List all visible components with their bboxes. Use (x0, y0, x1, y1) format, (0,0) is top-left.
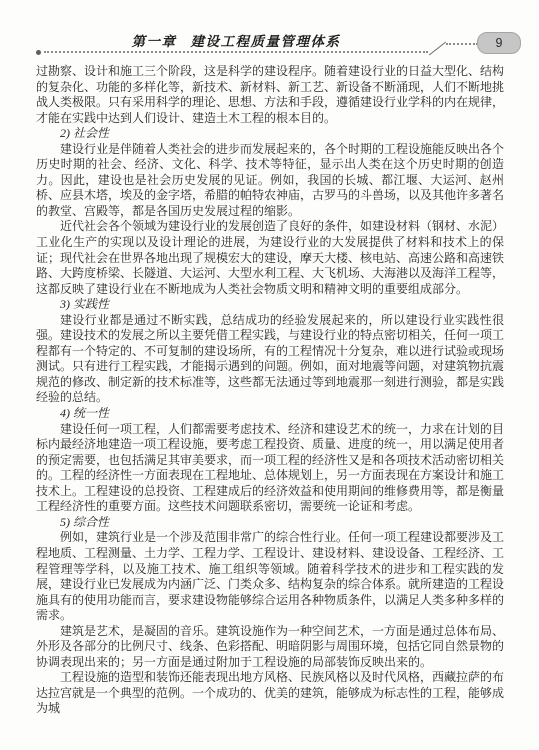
page-number-badge: 9 (477, 32, 521, 54)
chapter-heading: 第一章建设工程质量管理体系 (36, 30, 436, 50)
paragraph: 过勘察、设计和施工三个阶段，这是科学的建设程序。随着建设行业的日益大型化、结构的… (36, 64, 504, 126)
subsection-heading: 3) 实践性 (36, 297, 504, 313)
dotted-rule-right (446, 43, 478, 45)
subsection-heading: 2) 社会性 (36, 126, 504, 142)
paragraph: 工程设施的造型和装饰还能表现出地方风格、民族风格以及时代风格，西藏拉萨的布达拉宫… (36, 670, 504, 717)
book-page: 第一章建设工程质量管理体系 9 过勘察、设计和施工三个阶段，这是科学的建设程序。… (0, 0, 539, 750)
paragraph: 建设行业是伴随着人类社会的进步而发展起来的，各个时期的工程设施能反映出各个历史时… (36, 142, 504, 220)
dotted-rule-left (44, 51, 428, 53)
paragraph: 建设任何一项工程，人们都需要考虑技术、经济和建设艺术的统一，力求在计划的目标内最… (36, 422, 504, 515)
paragraph: 建设行业都是通过不断实践，总结成功的经验发展起来的，所以建设行业实践性很强。建设… (36, 313, 504, 406)
subsection-heading: 5) 综合性 (36, 515, 504, 531)
page-header: 第一章建设工程质量管理体系 9 (0, 0, 539, 60)
rule-start-dot-icon (36, 50, 41, 55)
paragraph: 近代社会各个领域为建设行业的发展创造了良好的条件，如建设材料（钢材、水泥）工业化… (36, 219, 504, 297)
chapter-title: 建设工程质量管理体系 (191, 34, 341, 49)
subsection-heading: 4) 统一性 (36, 406, 504, 422)
chapter-number: 第一章 (132, 34, 177, 49)
paragraph: 例如，建筑行业是一个涉及范围非常广的综合性行业。任何一项工程建设都要涉及工程地质… (36, 530, 504, 623)
page-body: 过勘察、设计和施工三个阶段，这是科学的建设程序。随着建设行业的日益大型化、结构的… (36, 64, 504, 717)
paragraph: 建筑是艺术，是凝固的音乐。建筑设施作为一种空间艺术，一方面是通过总体布局、外形及… (36, 624, 504, 671)
